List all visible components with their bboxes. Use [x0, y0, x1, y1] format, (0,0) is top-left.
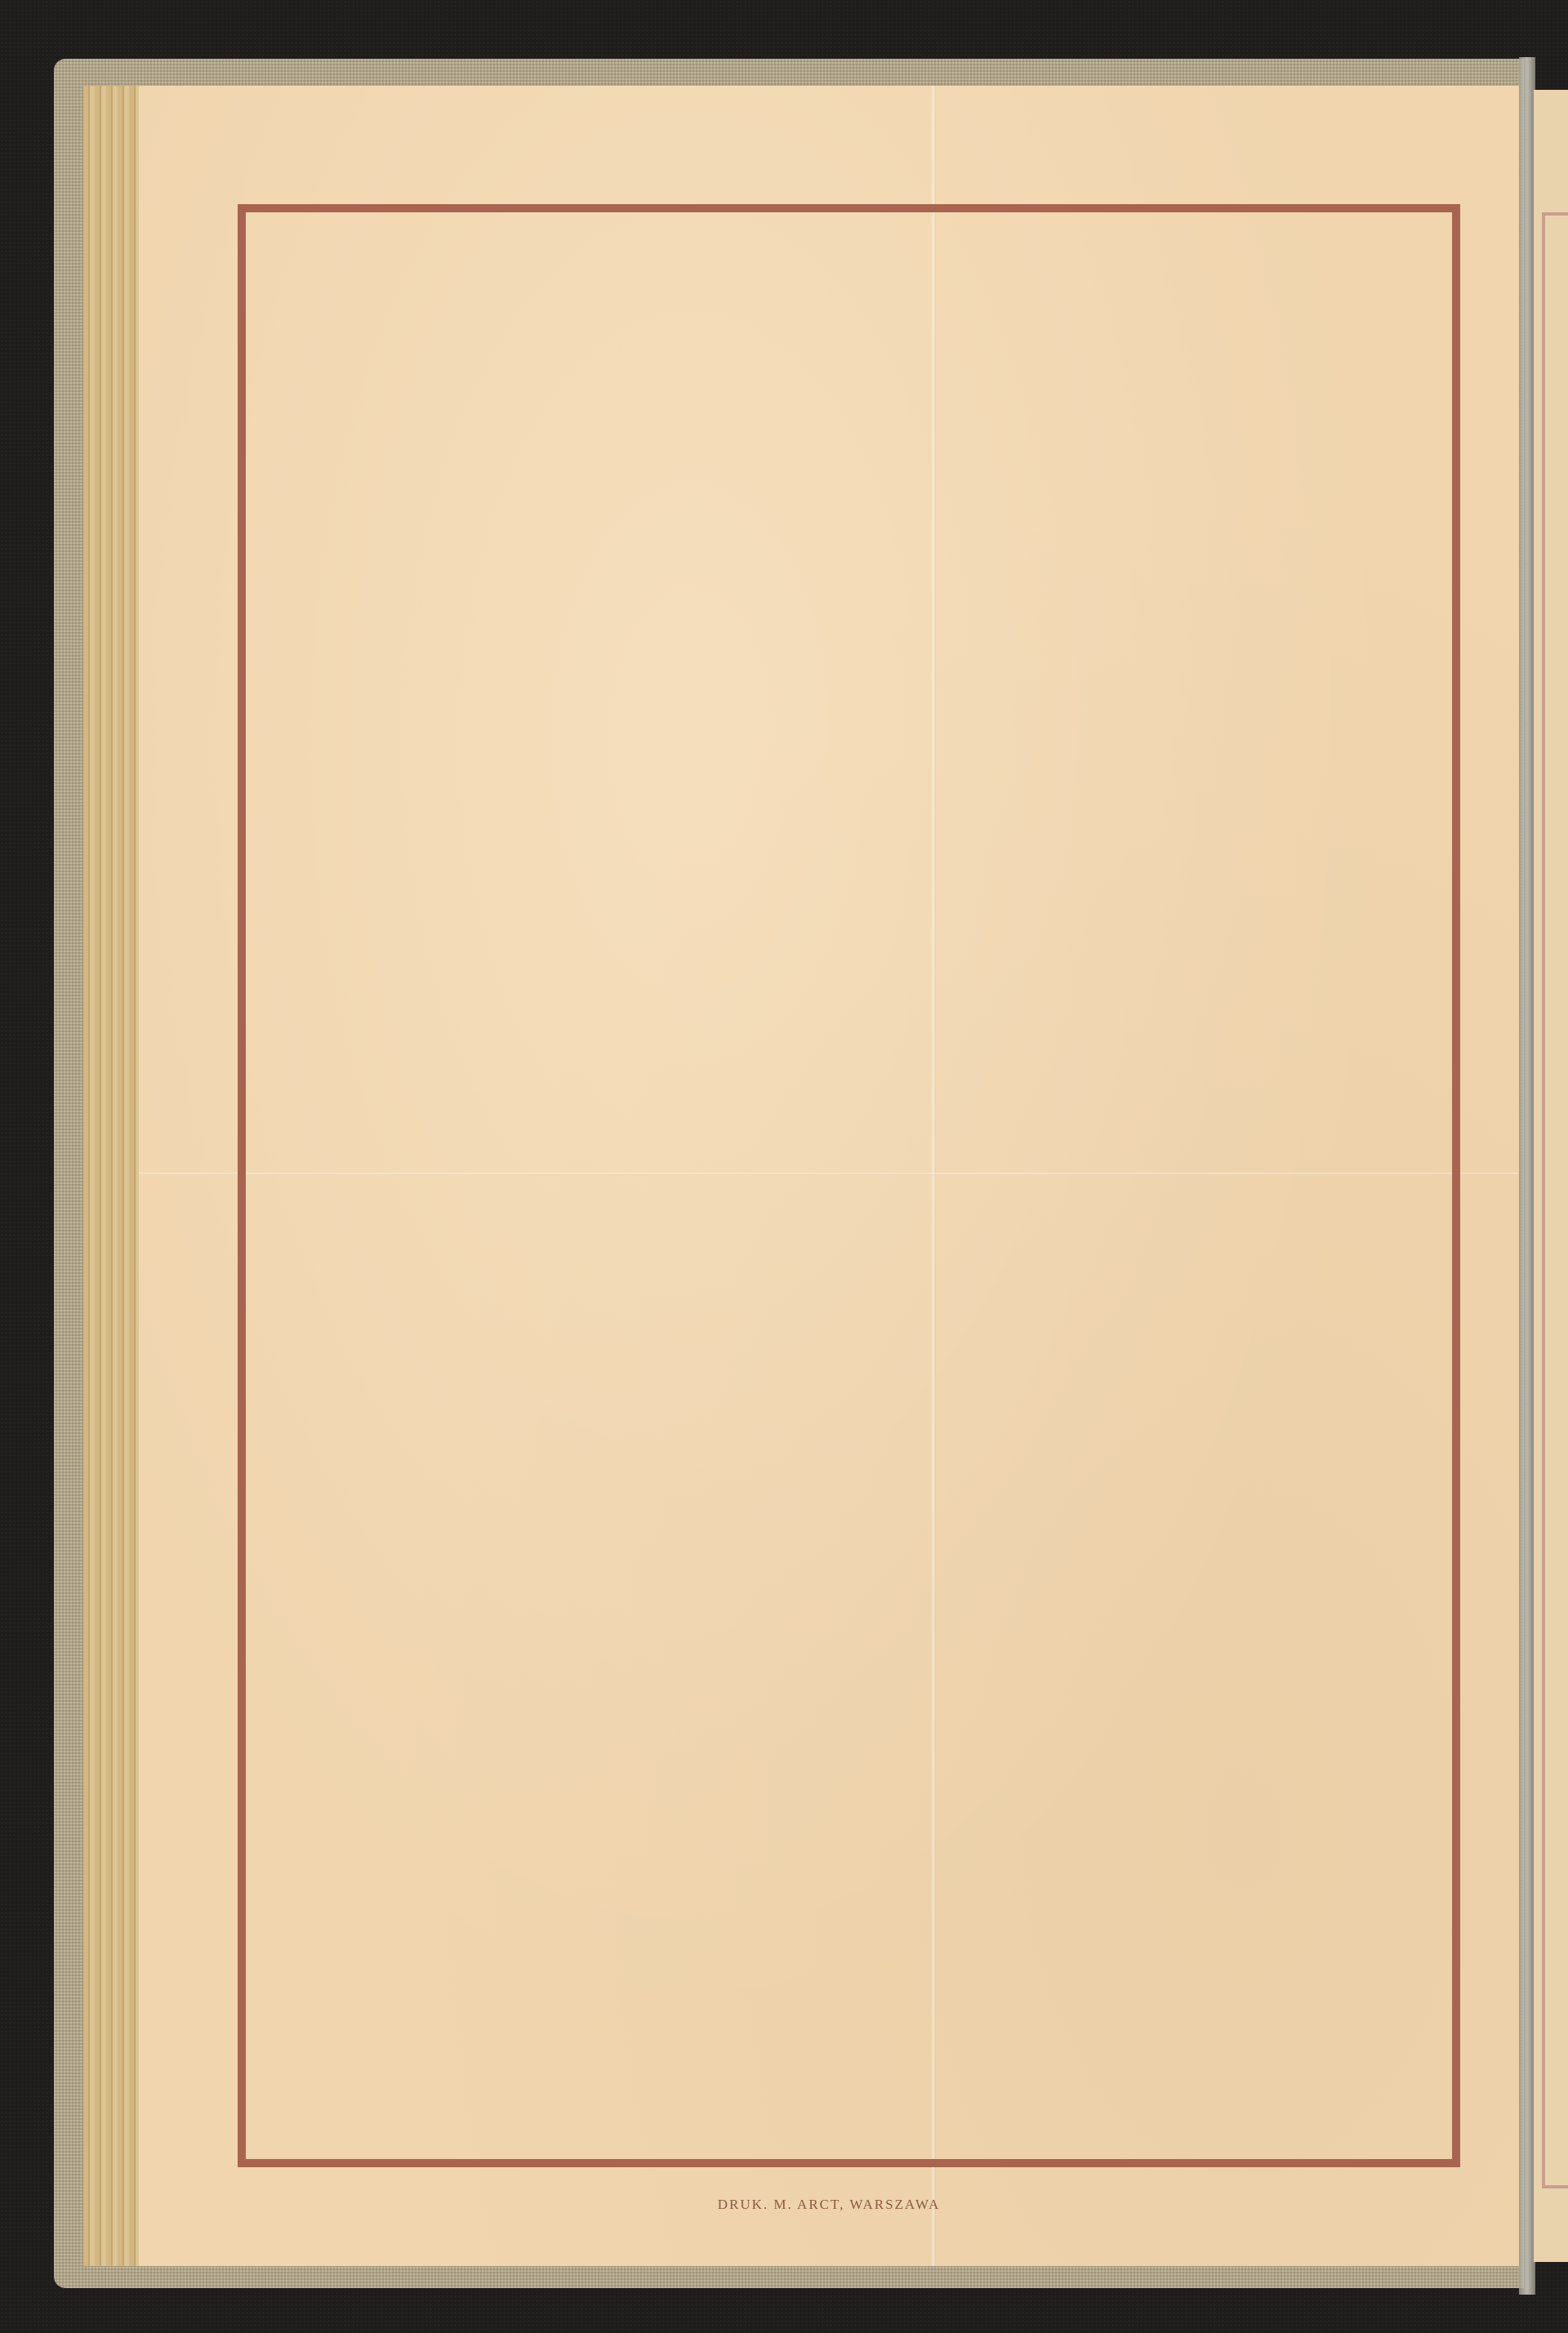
book-page: DRUK. M. ARCT, WARSZAWA — [139, 86, 1519, 2266]
printer-imprint: DRUK. M. ARCT, WARSZAWA — [139, 2197, 1519, 2213]
book-gutter — [1519, 57, 1535, 2295]
decorative-frame-border — [238, 204, 1460, 2167]
page-edges — [83, 86, 140, 2266]
facing-page-frame — [1542, 212, 1568, 2188]
facing-page-edge — [1534, 90, 1568, 2262]
